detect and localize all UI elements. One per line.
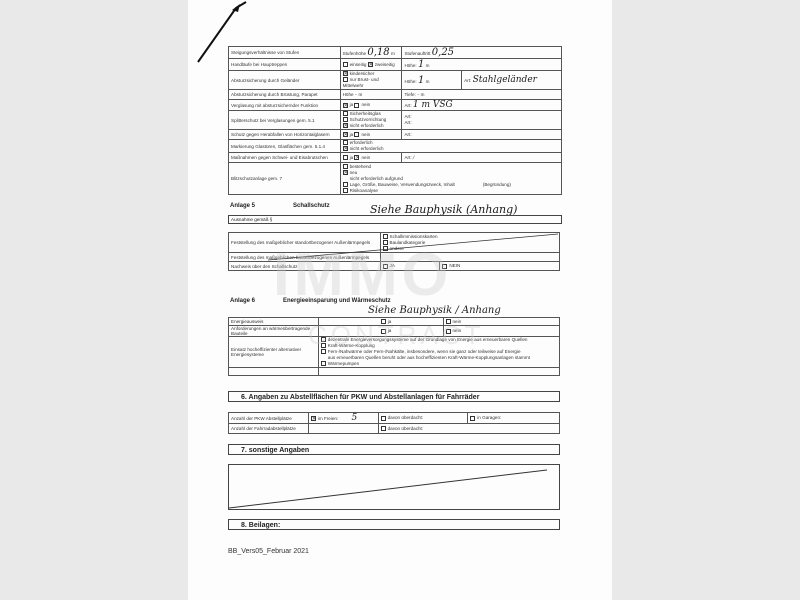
checkbox-checked[interactable] bbox=[343, 71, 348, 76]
checkbox-checked[interactable] bbox=[311, 416, 316, 421]
table-row: Absturzsicherung durch Brüstung, Parapet… bbox=[229, 90, 562, 100]
checkbox[interactable] bbox=[383, 264, 388, 269]
checkbox[interactable] bbox=[321, 349, 326, 354]
checkbox[interactable] bbox=[343, 62, 348, 67]
checkbox-checked[interactable] bbox=[343, 170, 348, 175]
checkbox[interactable] bbox=[470, 416, 475, 421]
table-row: Blitzschutzanlage gem. 7 bestehend neu n… bbox=[229, 163, 562, 195]
row-label: Steigungsverhältnisse von Stufen bbox=[229, 47, 341, 59]
checkbox[interactable] bbox=[446, 329, 451, 334]
table-row: Einsatz hocheffizienter alternativer Ene… bbox=[229, 337, 560, 368]
checkbox[interactable] bbox=[321, 343, 326, 348]
checkbox[interactable] bbox=[343, 188, 348, 193]
section7-header: 7. sonstige Angaben bbox=[228, 444, 560, 455]
checkbox[interactable] bbox=[321, 337, 326, 342]
document-version-footer: BB_Vers05_Februar 2021 bbox=[228, 548, 309, 555]
anlage5-title: Schallschutz bbox=[293, 203, 330, 209]
checkbox[interactable] bbox=[381, 426, 386, 431]
other-info-box[interactable] bbox=[228, 464, 560, 510]
table-row: Splitterschutz bei Verglasungen gem. 5.1… bbox=[229, 111, 562, 130]
checkbox[interactable] bbox=[343, 140, 348, 145]
exception-field[interactable]: Ausnahme gemäß § bbox=[228, 215, 562, 224]
checkbox[interactable] bbox=[321, 361, 326, 366]
outdoor-parking-count: 5 bbox=[352, 413, 358, 423]
checkbox[interactable] bbox=[354, 132, 359, 137]
checkbox[interactable] bbox=[343, 111, 348, 116]
table-row: Anzahl der PKW Abstellplätze im Freien: … bbox=[229, 413, 560, 424]
checkbox-checked[interactable] bbox=[343, 132, 348, 137]
checkbox[interactable] bbox=[343, 77, 348, 82]
anlage5-label: Anlage 5 bbox=[230, 203, 255, 209]
table-row: Anzahl der Fahrradabstellplätze davon üb… bbox=[229, 424, 560, 434]
anlage6-label: Anlage 6 bbox=[230, 298, 255, 304]
checkbox[interactable] bbox=[343, 164, 348, 169]
stairs-safety-table: Steigungsverhältnisse von Stufen Stufenh… bbox=[228, 46, 562, 195]
checkbox-checked[interactable] bbox=[343, 123, 348, 128]
energy-table: Energieausweis ja nein Anforderungen an … bbox=[228, 317, 560, 376]
checkbox[interactable] bbox=[343, 117, 348, 122]
checkbox[interactable] bbox=[381, 319, 386, 324]
checkbox[interactable] bbox=[343, 182, 348, 187]
table-row: Maßnahmen gegen Schwei- und Eisabrutsche… bbox=[229, 153, 562, 163]
section6-header: 6. Angaben zu Abstellflächen für PKW und… bbox=[228, 391, 560, 402]
table-row: Verglasung mit absturzsichernder Funktio… bbox=[229, 100, 562, 111]
checkbox[interactable] bbox=[446, 319, 451, 324]
table-row: Steigungsverhältnisse von Stufen Stufenh… bbox=[229, 47, 562, 59]
section8-header: 8. Beilagen: bbox=[228, 519, 560, 530]
checkbox[interactable] bbox=[381, 329, 386, 334]
checkbox-checked[interactable] bbox=[343, 103, 348, 108]
document-page: Steigungsverhältnisse von Stufen Stufenh… bbox=[188, 0, 612, 600]
anlage6-title: Energieeinsparung und Wärmeschutz bbox=[283, 298, 391, 304]
checkbox[interactable] bbox=[442, 264, 447, 269]
checkbox-checked[interactable] bbox=[343, 146, 348, 151]
checkbox[interactable] bbox=[381, 416, 386, 421]
railing-type-value: Stahlgeländer bbox=[473, 75, 537, 85]
table-row: Markierung Glastüren, Glasflächen gem. 5… bbox=[229, 140, 562, 153]
table-row: Handläufe bei Hauptreppen einseitig zwei… bbox=[229, 59, 562, 71]
checkbox[interactable] bbox=[354, 103, 359, 108]
table-row: Energieausweis ja nein bbox=[229, 318, 560, 326]
strike-line bbox=[229, 465, 559, 509]
stair-height-value: 0,18 bbox=[367, 47, 389, 58]
parking-table: Anzahl der PKW Abstellplätze im Freien: … bbox=[228, 412, 560, 434]
stair-tread-value: 0,25 bbox=[432, 47, 454, 58]
table-row: Anforderungen an wärmeübertragende Baute… bbox=[229, 326, 560, 337]
checkbox-checked[interactable] bbox=[354, 155, 359, 160]
anlage6-handwritten-note: Siehe Bauphysik / Anhang bbox=[368, 305, 501, 316]
table-row: Nachweis über den Schallschutz JA NEIN bbox=[229, 262, 560, 271]
checkbox-checked[interactable] bbox=[368, 62, 373, 67]
table-row: Absturzsicherung durch Geländer kindersi… bbox=[229, 71, 562, 90]
strike-line bbox=[228, 232, 562, 262]
checkbox[interactable] bbox=[343, 155, 348, 160]
table-row: Schutz gegen Herabfallen von Horizontalg… bbox=[229, 130, 562, 140]
